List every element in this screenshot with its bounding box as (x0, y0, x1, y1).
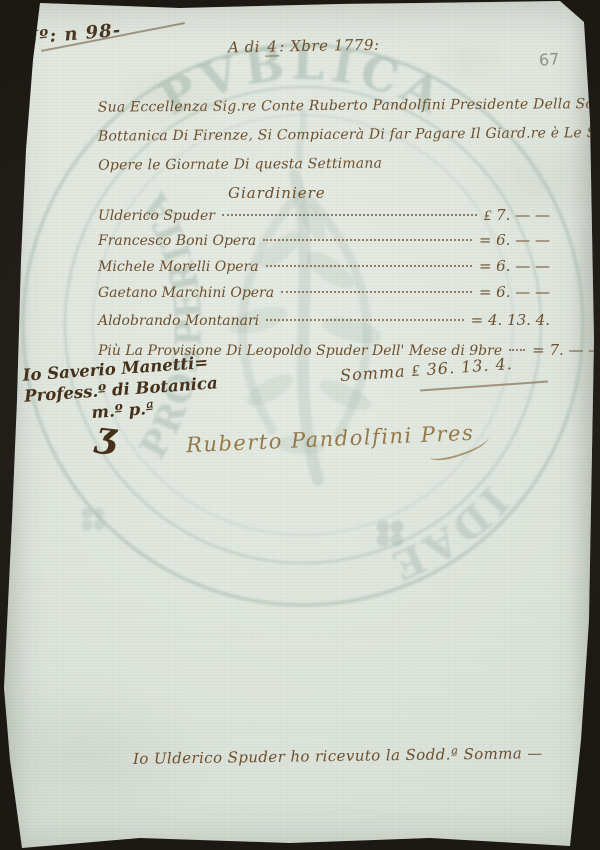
dotted-leader (281, 291, 472, 293)
entry-row: Gaetano Marchini Opera = 6. — — (98, 283, 550, 301)
somma-underline (420, 381, 548, 391)
entry-name: Aldobrando Montanari (98, 313, 259, 329)
entry-row: Michele Morelli Opera = 6. — — (98, 257, 550, 275)
dotted-leader (263, 239, 472, 241)
paragraph-line-3: Opere le Giornate Di questa Settimana (98, 148, 550, 180)
ink-flourish: ʒ (94, 413, 119, 457)
date-suffix: : Xbre 1779: (279, 36, 379, 56)
date-prefix: A di (228, 38, 266, 57)
entry-row: Aldobrando Montanari = 4. 13. 4. (98, 311, 550, 329)
date-line: A di 4: Xbre 1779: (228, 36, 380, 57)
entry-amount: ₤ 7. — — (484, 206, 550, 225)
entry-amount: = 7. — — (532, 341, 600, 359)
entry-name: Gaetano Marchini Opera (98, 285, 274, 301)
manetti-signature: Io Saverio Manetti= Profess.º di Botanic… (22, 351, 220, 427)
entry-row: Francesco Boni Opera = 6. — — (98, 231, 550, 249)
document-paper: PVBLICA PROSPERITA IDAE (0, 0, 600, 850)
watermark-bottom-text: IDAE (383, 478, 517, 591)
entry-name: Francesco Boni Opera (98, 233, 256, 249)
paragraph-line-2: Bottanica Di Firenze, Si Compiacerà Di f… (98, 119, 550, 151)
folio-number: 67 (538, 49, 560, 69)
dotted-leader (509, 349, 525, 351)
entry-row: Ulderico Spuder ₤ 7. — — (98, 206, 550, 225)
request-paragraph: Sua Eccellenza Sig.re Conte Ruberto Pand… (98, 90, 551, 180)
dotted-leader (266, 319, 464, 321)
receipt-line: Io Ulderico Spuder ho ricevuto la Sodd.ª… (133, 744, 543, 768)
somma-label: Somma (340, 361, 407, 385)
section-heading: Giardiniere (228, 184, 326, 202)
entry-amount: = 4. 13. 4. (471, 311, 550, 329)
watermark-quatrefoil-left (82, 508, 105, 531)
entry-name: Ulderico Spuder (98, 208, 215, 224)
date-day: 4 (265, 37, 279, 56)
watermark-quatrefoil (377, 521, 404, 547)
entry-amount: = 6. — — (479, 257, 550, 275)
entry-amount: = 6. — — (479, 283, 550, 301)
dotted-leader (222, 214, 477, 216)
entry-name: Michele Morelli Opera (98, 259, 259, 275)
dotted-leader (266, 265, 472, 267)
entry-amount: = 6. — — (479, 231, 550, 249)
scan-background: PVBLICA PROSPERITA IDAE (0, 0, 600, 850)
paragraph-line-1: Sua Eccellenza Sig.re Conte Ruberto Pand… (98, 90, 550, 122)
